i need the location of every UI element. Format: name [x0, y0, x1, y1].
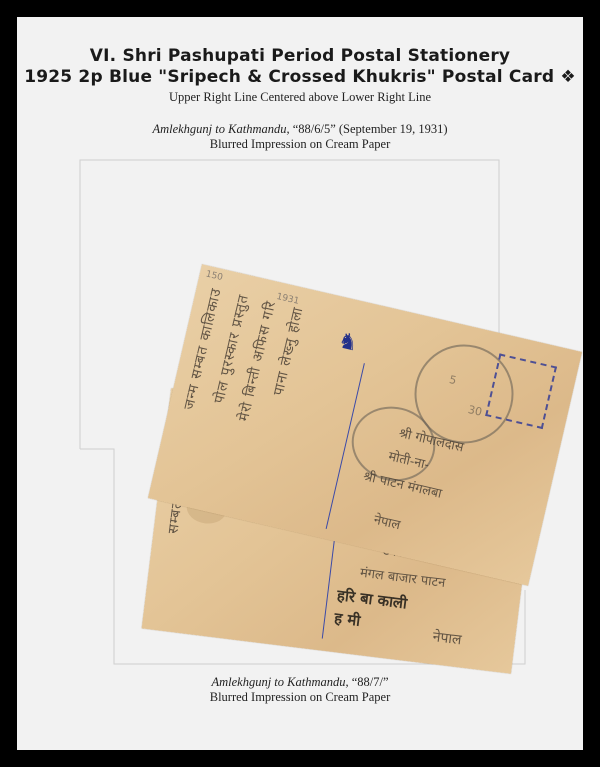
lower-address-line-6: नेपाल [432, 627, 463, 649]
upper-item-route: Amlekhgunj to Kathmandu, [152, 122, 289, 136]
blue-stamp-imprint [485, 353, 557, 429]
upper-address-line-4: नेपाल [372, 510, 402, 534]
lower-address-line-5: ह मी [333, 608, 361, 631]
upper-item-description: Blurred Impression on Cream Paper [0, 137, 600, 152]
postmark-day: 5 [448, 373, 458, 387]
page-heading-line1: VI. Shri Pashupati Period Postal Station… [0, 46, 600, 66]
upper-item-caption: Amlekhgunj to Kathmandu, “88/6/5” (Septe… [0, 122, 600, 137]
lower-item-date: “88/7/” [349, 675, 389, 689]
upper-item-date: “88/6/5” (September 19, 1931) [290, 122, 448, 136]
lower-item-description: Blurred Impression on Cream Paper [0, 690, 600, 705]
lower-item-caption: Amlekhgunj to Kathmandu, “88/7/” [0, 675, 600, 690]
sripech-crossed-khukris-imprint-icon: ♞ [336, 327, 361, 357]
page-heading-line2: 1925 2p Blue "Sripech & Crossed Khukris"… [0, 67, 600, 87]
lower-item-route: Amlekhgunj to Kathmandu, [211, 675, 348, 689]
page-subtitle: Upper Right Line Centered above Lower Ri… [0, 90, 600, 105]
pencil-note-150: 150 [205, 269, 224, 283]
postmark-number: 30 [467, 403, 484, 419]
lower-address-line-3: मंगल बाजार पाटन [359, 563, 446, 591]
